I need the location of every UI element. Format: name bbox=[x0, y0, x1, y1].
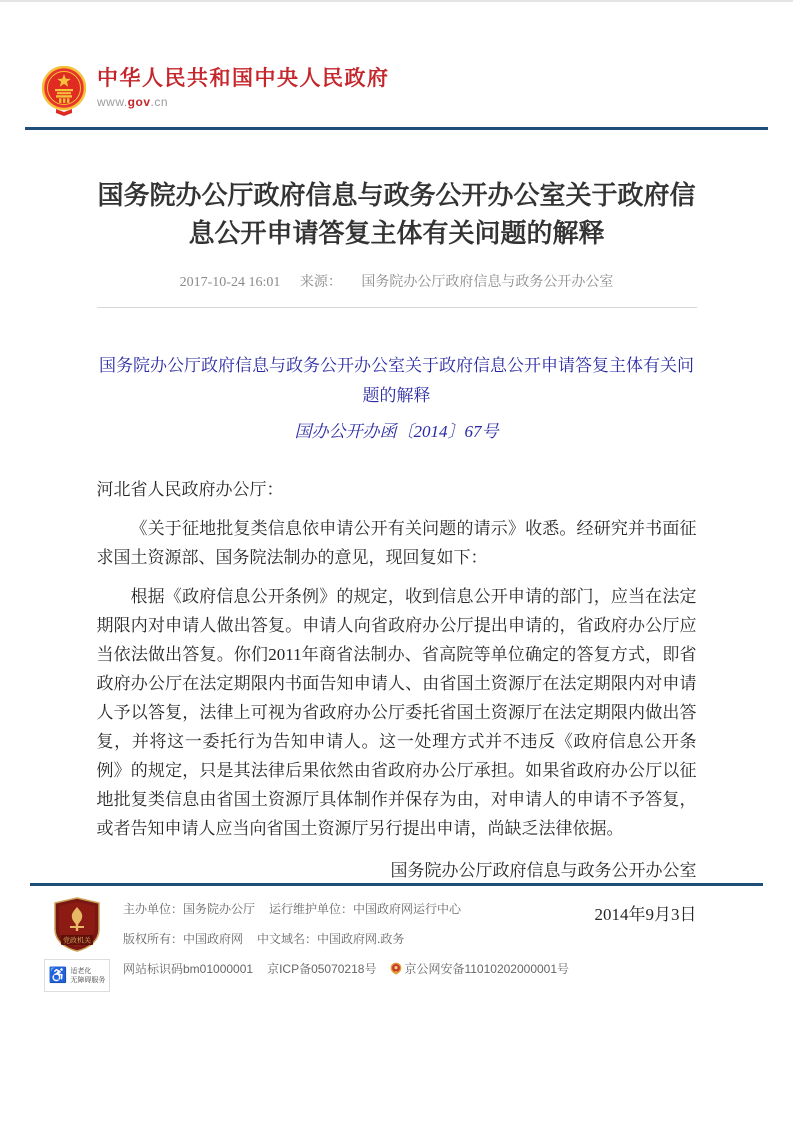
article: 国务院办公厅政府信息与政务公开办公室关于政府信息公开申请答复主体有关问题的解释 … bbox=[97, 176, 697, 929]
maintainer-value: 中国政府网运行中心 bbox=[353, 902, 461, 916]
footer-row-organizer: 主办单位：国务院办公厅运行维护单位：中国政府网运行中心 bbox=[123, 900, 569, 917]
organizer-value: 国务院办公厅 bbox=[183, 902, 255, 916]
national-emblem-icon bbox=[40, 66, 88, 116]
paragraph-request: 《关于征地批复类信息依申请公开有关问题的请示》收悉。经研究并书面征求国土资源部、… bbox=[97, 514, 697, 572]
footer-row-records: 网站标识码bm01000001京ICP备05070218号京公网安备110102… bbox=[123, 960, 569, 977]
domain-value: 中国政府网.政务 bbox=[317, 932, 404, 946]
document-body: 国务院办公厅政府信息与政务公开办公室关于政府信息公开申请答复主体有关问题的解释 … bbox=[97, 351, 697, 929]
maintainer-label: 运行维护单位： bbox=[269, 902, 353, 916]
header-divider-line bbox=[25, 127, 768, 130]
url-gov: gov bbox=[128, 95, 151, 109]
signature: 国务院办公厅政府信息与政务公开办公室 bbox=[97, 856, 697, 885]
page-title: 国务院办公厅政府信息与政务公开办公室关于政府信息公开申请答复主体有关问题的解释 bbox=[97, 176, 697, 252]
party-government-shield-icon[interactable]: 党政机关 bbox=[53, 897, 101, 952]
article-meta: 2017-10-24 16:01 来源： 国务院办公厅政府信息与政务公开办公室 bbox=[97, 271, 697, 291]
footer-row-copyright: 版权所有：中国政府网中文域名：中国政府网.政务 bbox=[123, 930, 569, 947]
brand-text: 中华人民共和国中央人民政府 www.gov.cn bbox=[97, 66, 390, 109]
copyright-label: 版权所有： bbox=[123, 932, 183, 946]
site-brand[interactable]: 中华人民共和国中央人民政府 www.gov.cn bbox=[25, 66, 768, 118]
accessibility-service-button[interactable]: ♿ 适老化 无障碍服务 bbox=[44, 959, 110, 992]
site-header: 中华人民共和国中央人民政府 www.gov.cn bbox=[0, 2, 793, 130]
copyright-value: 中国政府网 bbox=[183, 932, 243, 946]
icp-record-link[interactable]: 京ICP备05070218号 bbox=[267, 962, 376, 976]
footer-text: 主办单位：国务院办公厅运行维护单位：中国政府网运行中心 版权所有：中国政府网中文… bbox=[123, 897, 569, 992]
site-footer: 党政机关 ♿ 适老化 无障碍服务 主办单位：国务院办公厅运行维护单位：中国政府网… bbox=[0, 883, 793, 992]
url-prefix: www. bbox=[97, 95, 128, 109]
publish-datetime: 2017-10-24 16:01 bbox=[180, 275, 281, 290]
shield-label: 党政机关 bbox=[63, 936, 91, 945]
source-value: 国务院办公厅政府信息与政务公开办公室 bbox=[361, 275, 613, 290]
security-record-link[interactable]: 京公网安备11010202000001号 bbox=[404, 962, 569, 976]
organizer-label: 主办单位： bbox=[123, 902, 183, 916]
gov-cn-document-page: { "header": { "site_name": "中华人民共和国中央人民政… bbox=[0, 0, 793, 1122]
domain-label: 中文域名： bbox=[257, 932, 317, 946]
public-security-badge-icon bbox=[390, 962, 402, 975]
document-number: 国办公开办函〔2014〕67号 bbox=[97, 417, 697, 446]
salutation: 河北省人民政府办公厅： bbox=[97, 475, 697, 504]
site-name: 中华人民共和国中央人民政府 bbox=[97, 66, 390, 92]
meta-divider bbox=[97, 307, 697, 308]
wheelchair-icon: ♿ bbox=[49, 968, 68, 983]
accessibility-label: 适老化 无障碍服务 bbox=[70, 967, 105, 985]
url-suffix: .cn bbox=[151, 95, 169, 109]
document-heading: 国务院办公厅政府信息与政务公开办公室关于政府信息公开申请答复主体有关问题的解释 bbox=[97, 351, 697, 411]
site-code: 网站标识码bm01000001 bbox=[123, 962, 253, 976]
source-label: 来源： bbox=[300, 275, 342, 290]
footer-badges: 党政机关 ♿ 适老化 无障碍服务 bbox=[44, 897, 110, 992]
paragraph-main: 根据《政府信息公开条例》的规定，收到信息公开申请的部门，应当在法定期限内对申请人… bbox=[97, 582, 697, 843]
footer-content: 党政机关 ♿ 适老化 无障碍服务 主办单位：国务院办公厅运行维护单位：中国政府网… bbox=[0, 886, 793, 992]
site-url[interactable]: www.gov.cn bbox=[97, 95, 390, 109]
